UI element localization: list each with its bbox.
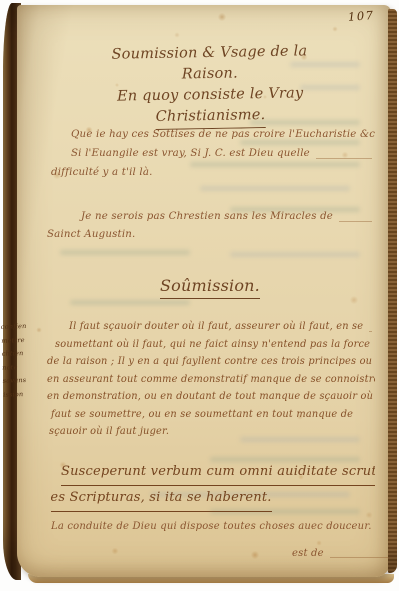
manuscript-line-text: mettre — [1, 334, 25, 348]
manuscript-line-text: de la raison ; Il y en a qui fayllent co… — [47, 353, 372, 371]
manuscript-line-text: note — [2, 361, 18, 375]
manuscript-line: est de — [292, 546, 392, 562]
manuscript-line-text: ission — [3, 388, 24, 402]
manuscript-line-text: Soumission & Vsage de la — [111, 41, 307, 65]
manuscript-line-text: Soûmission. — [160, 275, 260, 299]
manuscript-line-text: sçauoir où il faut juger. — [49, 423, 169, 441]
manuscript-line-text: tes Scripturas, si ita se haberent. — [51, 486, 272, 512]
ruled-filler-line — [316, 157, 372, 159]
manuscript-line: Il faut sçauoir douter où il faut, asseu… — [47, 318, 375, 336]
title-soumission-et-usage: Soumission & Vsage de laRaison.En quoy c… — [44, 40, 375, 132]
manuscript-line-text: Il faut sçauoir douter où il faut, asseu… — [69, 318, 363, 336]
manuscript-line-text: en demonstration, ou en doutant de tout … — [47, 388, 375, 406]
manuscript-line-text: savans — [2, 374, 26, 388]
manuscript-line-text: chtien — [2, 347, 24, 361]
manuscript-line-text: est de — [292, 546, 324, 562]
manuscript-line-text: Je ne serois pas Chrestien sans les Mira… — [81, 208, 333, 226]
manuscript-line-text: Susceperunt verbum cum omni auiditate sc… — [61, 460, 375, 486]
manuscript-line: Susceperunt verbum cum omni auiditate sc… — [51, 460, 375, 486]
manuscript-line-text: Si l'Euangile est vray, Si J. C. est Die… — [71, 144, 310, 163]
manuscript-line-text: Que ie hay ces Sottises de ne pas croire… — [71, 125, 375, 144]
fragment-eucharistie: Que ie hay ces Sottises de ne pas croire… — [51, 125, 375, 182]
manuscript-line-text: faut se soumettre, ou en se soumettant e… — [51, 406, 353, 424]
manuscript-line: en asseurant tout comme demonstratif man… — [47, 371, 375, 389]
manuscript-line: La conduite de Dieu qui dispose toutes c… — [51, 518, 371, 536]
show-through-line — [230, 252, 360, 257]
latin-quotation: Susceperunt verbum cum omni auiditate sc… — [51, 460, 375, 512]
manuscript-line: de la raison ; Il y en a qui fayllent co… — [47, 353, 375, 371]
manuscript-line: difficulté y a t'il là. — [51, 163, 375, 182]
show-through-line — [70, 300, 190, 305]
ruled-filler-line — [330, 556, 389, 558]
manuscript-line-text: La conduite de Dieu qui dispose toutes c… — [51, 518, 371, 536]
manuscript-line: faut se soumettre, ou en se soumettant e… — [47, 406, 375, 424]
manuscript-line: Sainct Augustin. — [47, 226, 375, 244]
page-edges-right — [388, 9, 397, 573]
page-number: 107 — [347, 8, 374, 24]
manuscript-line-text: difficulté y a t'il là. — [51, 163, 153, 182]
manuscript-photo: 107 Soumission & Vsage de laRaison.En qu… — [0, 0, 399, 591]
manuscript-line-text: Sainct Augustin. — [47, 226, 136, 244]
manuscript-page: 107 Soumission & Vsage de laRaison.En qu… — [17, 5, 391, 577]
ruled-filler-line — [369, 330, 372, 332]
section-heading-soumission: Soûmission. — [45, 275, 375, 299]
fragment-miracles: Je ne serois pas Chrestien sans les Mira… — [47, 208, 375, 244]
manuscript-line: Que ie hay ces Sottises de ne pas croire… — [51, 125, 375, 144]
manuscript-line: Je ne serois pas Chrestien sans les Mira… — [47, 208, 375, 226]
manuscript-line-text: soumettant où il faut, qui ne faict ains… — [55, 336, 370, 354]
show-through-line — [200, 186, 350, 191]
manuscript-line: ission — [3, 387, 49, 402]
manuscript-line-text: Raison. — [182, 64, 238, 86]
manuscript-line: Soûmission. — [45, 275, 375, 299]
manuscript-line: tes Scripturas, si ita se haberent. — [51, 486, 375, 512]
fragment-conduite-de-dieu: La conduite de Dieu qui dispose toutes c… — [51, 518, 371, 536]
manuscript-line-text: En quoy consiste le Vray — [117, 83, 304, 107]
manuscript-line: soumettant où il faut, qui ne faict ains… — [47, 336, 375, 354]
catchword: est de — [292, 546, 392, 562]
ruled-filler-line — [339, 220, 372, 222]
manuscript-line-text: en asseurant tout comme demonstratif man… — [47, 371, 375, 389]
marginal-note: confienmettrechtiennotesavansission — [1, 319, 50, 402]
manuscript-line: en demonstration, ou en doutant de tout … — [47, 388, 375, 406]
fragment-trois-principes: Il faut sçauoir douter où il faut, asseu… — [47, 318, 375, 441]
manuscript-line: Si l'Euangile est vray, Si J. C. est Die… — [51, 144, 375, 163]
show-through-line — [60, 250, 190, 255]
manuscript-line-text: confien — [1, 320, 27, 334]
manuscript-line: sçauoir où il faut juger. — [47, 423, 375, 441]
